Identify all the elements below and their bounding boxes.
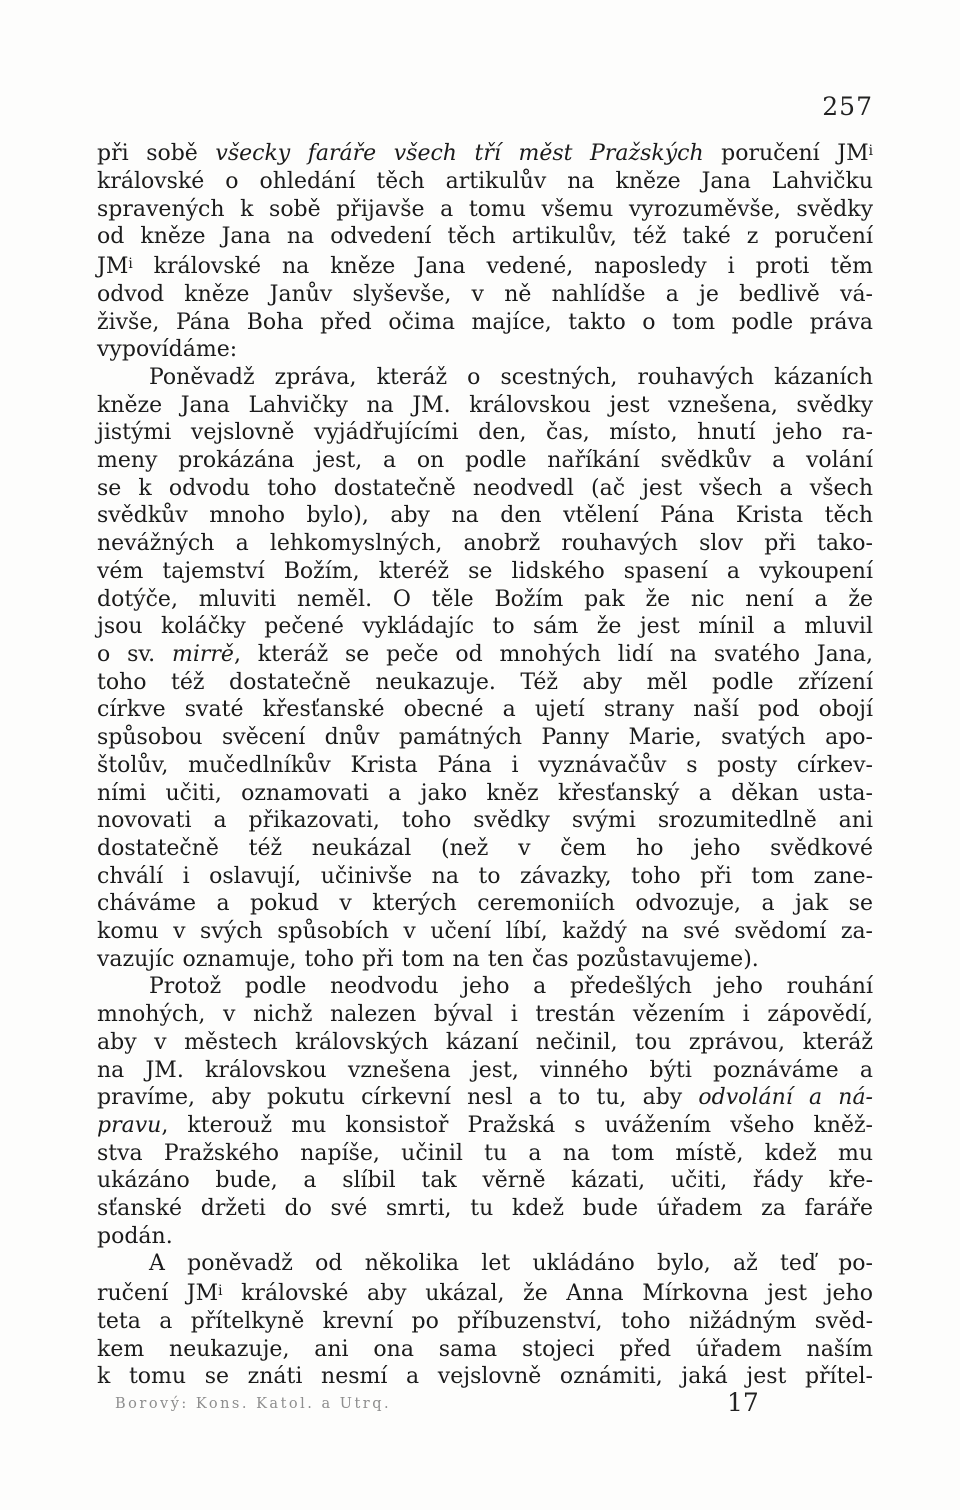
text-line: na JM. královskou vznešena jest, vinného… <box>97 1057 873 1085</box>
text-line: kněze Jana Lahvičky na JM. královskou je… <box>97 392 873 420</box>
text-line: aby v městech královských kázaní nečinil… <box>97 1029 873 1057</box>
italic-text: pravu <box>97 1113 161 1138</box>
text-line: komu v svých spůsobích v učení líbí, kaž… <box>97 918 873 946</box>
text-line: štolův, mučedlníkův Krista Pána i vyznáv… <box>97 752 873 780</box>
text-line: k tomu se znáti nesmí a vejslovně oznámi… <box>97 1363 873 1391</box>
text-line: nevážných a lehkomyslných, anobrž rouhav… <box>97 530 873 558</box>
text-line: královské o ohledání těch artikulův na k… <box>97 168 873 196</box>
text-block: při sobě všecky faráře všech tří měst Pr… <box>97 138 873 1391</box>
footer-signature-number: 17 <box>727 1388 759 1417</box>
text-line: vazujíc oznamuje, toho při tom na ten ča… <box>97 946 873 974</box>
italic-text: všecky faráře všech tří měst Pražských <box>215 141 703 166</box>
text-line: spůsobou svěcení dnův památných Panny Ma… <box>97 724 873 752</box>
superscript-text: i <box>218 1283 222 1299</box>
text-line: teta a přítelkyně krevní po příbuzenství… <box>97 1308 873 1336</box>
text-line: ními učiti, oznamovati a jako kněz křesť… <box>97 780 873 808</box>
text-line: pravu, kterouž mu konsistoř Pražská s uv… <box>97 1112 873 1140</box>
text-line: cháváme a pokud v kterých ceremoniích od… <box>97 890 873 918</box>
text-line: ručení JMi královské aby ukázal, že Anna… <box>97 1278 873 1308</box>
page-number: 257 <box>95 92 873 121</box>
text-line: dotýče, mluviti neměl. O těle Božím pak … <box>97 586 873 614</box>
text-line: se k odvodu toho dostatečně neodvedl (ač… <box>97 475 873 503</box>
text-line: toho též dostatečně neukazuje. Též aby m… <box>97 669 873 697</box>
text-line: spravených k sobě přijavše a tomu všemu … <box>97 196 873 224</box>
text-line: církve svaté křesťanské obecné a ujetí s… <box>97 696 873 724</box>
footer-citation: Borový: Kons. Katol. a Utrq. <box>115 1396 391 1412</box>
superscript-text: i <box>128 256 132 272</box>
text-line: živše, Pána Boha před očima majíce, takt… <box>97 309 873 337</box>
text-line: dostatečně též neukázal (než v čem ho je… <box>97 835 873 863</box>
text-line: A poněvadž od několika let ukládáno bylo… <box>97 1250 873 1278</box>
text-line: Protož podle neodvodu jeho a předešlých … <box>97 973 873 1001</box>
text-line: sťanské držeti do své smrti, tu kdež bud… <box>97 1195 873 1223</box>
text-line: stva Pražského napíše, učinil tu a na to… <box>97 1140 873 1168</box>
text-line: chválí i oslavují, učinivše na to závazk… <box>97 863 873 891</box>
page-footer: Borový: Kons. Katol. a Utrq. 17 <box>97 1388 873 1428</box>
text-line: vypovídáme: <box>97 336 873 364</box>
text-line: jsou koláčky pečené vykládajíc to sám že… <box>97 613 873 641</box>
italic-text: mirrě <box>172 642 234 667</box>
text-line: Poněvadž zpráva, kteráž o scestných, rou… <box>97 364 873 392</box>
text-line: při sobě všecky faráře všech tří měst Pr… <box>97 138 873 168</box>
text-line: jistými vejslovně vyjádřujícími den, čas… <box>97 419 873 447</box>
text-line: odvod kněze Janův slyševše, v ně nahlídš… <box>97 281 873 309</box>
text-line: vém tajemství Božím, kteréž se lidského … <box>97 558 873 586</box>
text-line: podán. <box>97 1223 873 1251</box>
text-line: mnohých, v nichž nalezen býval i trestán… <box>97 1001 873 1029</box>
text-line: novovati a přikazovati, toho svědky svým… <box>97 807 873 835</box>
text-line: meny prokázána jest, a on podle naříkání… <box>97 447 873 475</box>
text-line: pravíme, aby pokutu církevní nesl a to t… <box>97 1084 873 1112</box>
superscript-text: i <box>869 143 873 159</box>
text-line: svědkův mnoho bylo), aby na den vtělení … <box>97 502 873 530</box>
text-line: kem neukazuje, ani ona sama stojeci před… <box>97 1336 873 1364</box>
book-page: 257 při sobě všecky faráře všech tří měs… <box>0 0 960 1510</box>
text-line: ukázáno bude, a slíbil tak věrně kázati,… <box>97 1167 873 1195</box>
italic-text: odvolání a ná- <box>698 1085 873 1110</box>
text-line: JMi královské na kněze Jana vedené, napo… <box>97 251 873 281</box>
text-line: od kněze Jana na odvedení těch artikulův… <box>97 223 873 251</box>
text-line: o sv. mirrě, kteráž se peče od mnohých l… <box>97 641 873 669</box>
